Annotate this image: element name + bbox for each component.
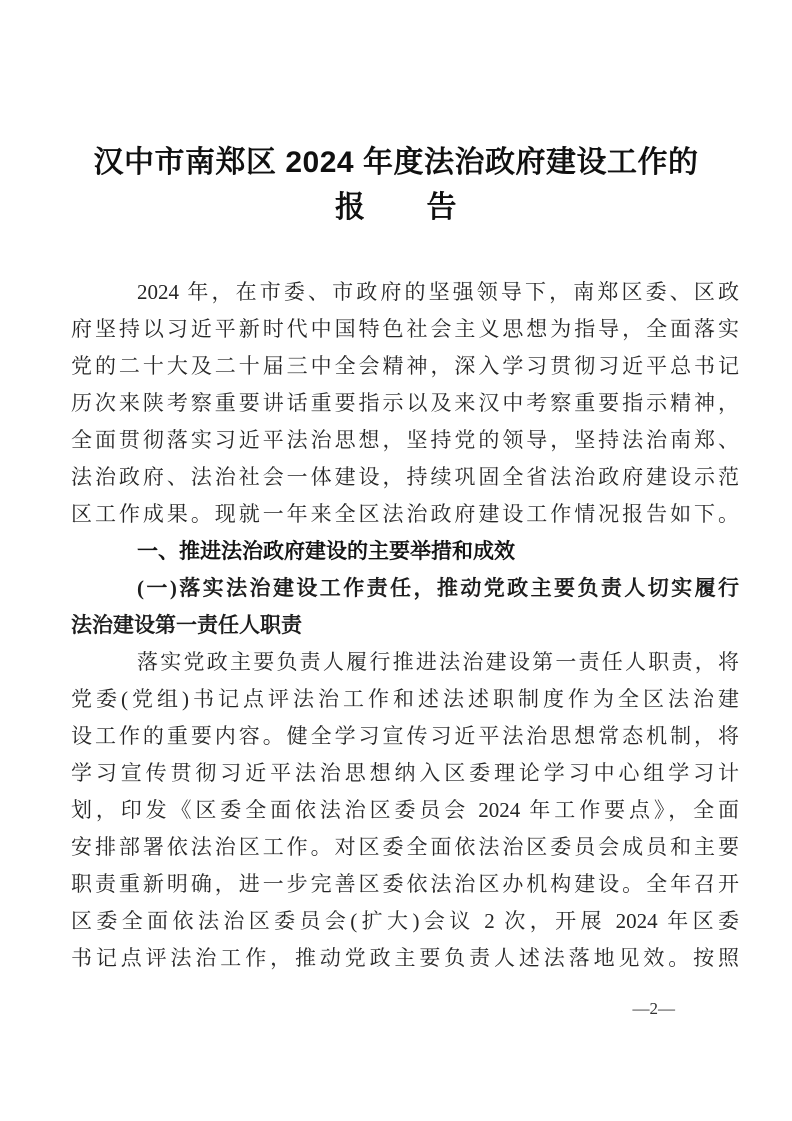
intro-paragraph-line: 党的二十大及二十届三中全会精神，深入学习贯彻习近平总书记 xyxy=(71,348,739,385)
intro-paragraph-line: 2024 年，在市委、市政府的坚强领导下，南郑区委、区政 xyxy=(71,274,739,311)
body-paragraph-line: 区委全面依法治区委员会(扩大)会议 2 次，开展 2024 年区委 xyxy=(71,903,739,940)
intro-paragraph-line: 法治政府、法治社会一体建设，持续巩固全省法治政府建设示范 xyxy=(71,459,739,496)
body-paragraph-line: 党委(党组)书记点评法治工作和述法述职制度作为全区法治建 xyxy=(71,681,739,718)
intro-paragraph-line: 历次来陕考察重要讲话重要指示以及来汉中考察重要指示精神， xyxy=(71,385,739,422)
body-paragraph-line: 落实党政主要负责人履行推进法治建设第一责任人职责，将 xyxy=(71,644,739,681)
intro-paragraph-line: 府坚持以习近平新时代中国特色社会主义思想为指导，全面落实 xyxy=(71,311,739,348)
footer-page-number: —2— xyxy=(633,999,676,1019)
document-title: 汉中市南郑区 2024 年度法治政府建设工作的 报 告 xyxy=(0,140,792,230)
body-paragraph-line: 书记点评法治工作，推动党政主要负责人述法落地见效。按照 xyxy=(71,940,739,977)
body-paragraph-line: 设工作的重要内容。健全学习宣传习近平法治思想常态机制，将 xyxy=(71,718,739,755)
body-paragraph-line: 学习宣传贯彻习近平法治思想纳入区委理论学习中心组学习计 xyxy=(71,755,739,792)
intro-paragraph-line: 区工作成果。现就一年来全区法治政府建设工作情况报告如下。 xyxy=(71,496,739,533)
section-heading-1: 一、推进法治政府建设的主要举措和成效 xyxy=(71,533,739,570)
document-page: 汉中市南郑区 2024 年度法治政府建设工作的 报 告 2024 年，在市委、市… xyxy=(0,0,792,1121)
document-title-line-1: 汉中市南郑区 2024 年度法治政府建设工作的 xyxy=(0,140,792,185)
intro-paragraph-line: 全面贯彻落实习近平法治思想，坚持党的领导，坚持法治南郑、 xyxy=(71,422,739,459)
body-paragraph-line: 划，印发《区委全面依法治区委员会 2024 年工作要点》，全面 xyxy=(71,792,739,829)
subsection-heading-line: (一)落实法治建设工作责任，推动党政主要负责人切实履行 xyxy=(71,570,739,607)
body-paragraph-line: 安排部署依法治区工作。对区委全面依法治区委员会成员和主要 xyxy=(71,829,739,866)
document-title-line-2: 报 告 xyxy=(0,185,792,230)
body-paragraph-line: 职责重新明确，进一步完善区委依法治区办机构建设。全年召开 xyxy=(71,866,739,903)
subsection-heading-line: 法治建设第一责任人职责 xyxy=(71,607,739,644)
document-body: 2024 年，在市委、市政府的坚强领导下，南郑区委、区政 府坚持以习近平新时代中… xyxy=(71,274,739,977)
